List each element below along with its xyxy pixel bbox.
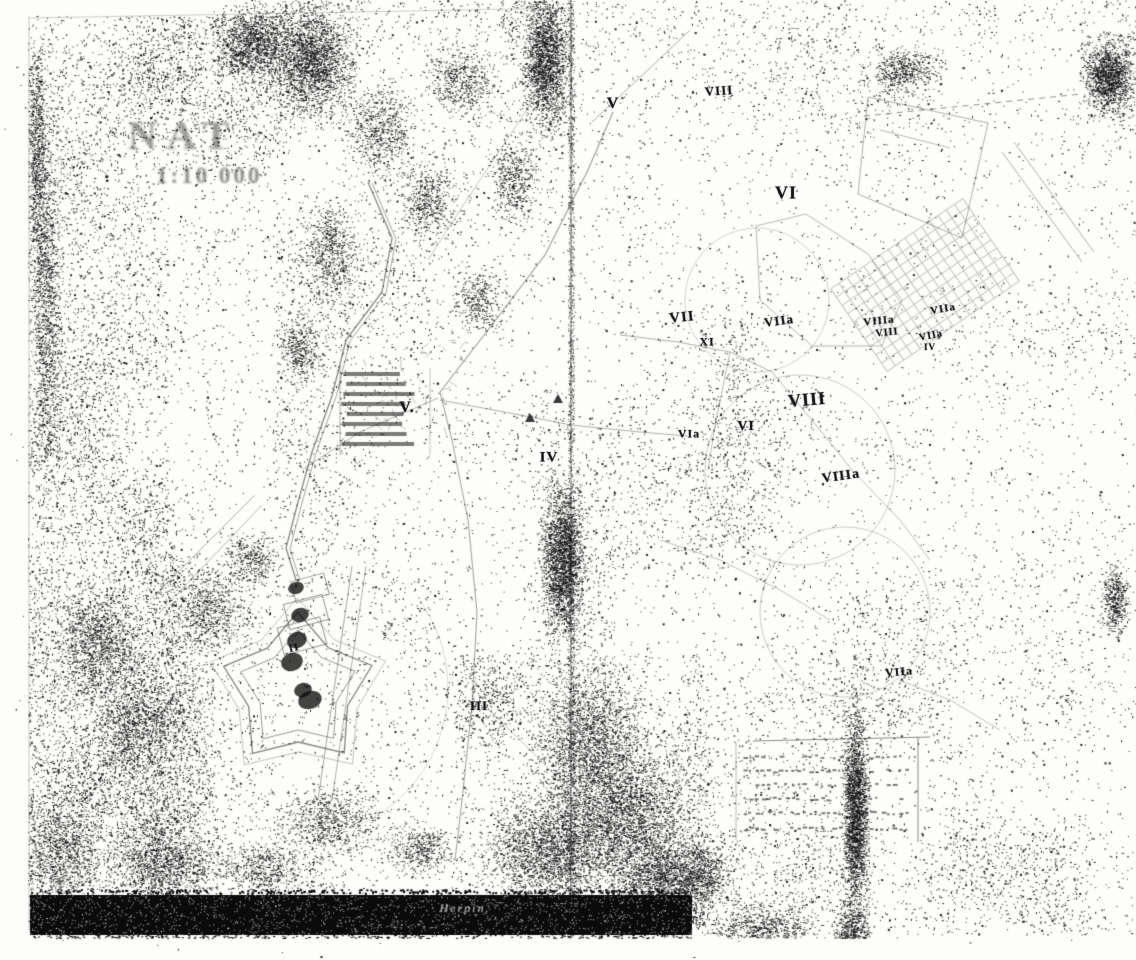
map-district-label-2: VI [775, 183, 797, 204]
map-scale-text: 1:10 000 [156, 163, 262, 189]
map-caption: Herpin. [350, 901, 580, 916]
map-district-label-15: IV [540, 450, 559, 467]
map-title: NAT [128, 112, 239, 159]
scanned-map-page: NAT 1:10 000 VVIIIVIVIIVIIaXIVIIaVIIIaVI… [0, 0, 1136, 960]
map-district-label-0: V [607, 95, 620, 113]
map-district-label-13: VIa [678, 427, 700, 442]
map-district-label-17: III [470, 698, 488, 714]
map-district-label-3: VII [668, 308, 695, 328]
map-district-label-1: VIII [704, 82, 734, 100]
map-district-label-5: XI [699, 335, 714, 350]
map-district-label-10: IV [924, 342, 936, 352]
map-district-label-11: VIII [787, 388, 827, 412]
map-district-label-19: VIIa [884, 663, 913, 680]
map-district-label-14: V. [399, 399, 415, 417]
map-district-label-12: VI [737, 419, 755, 435]
